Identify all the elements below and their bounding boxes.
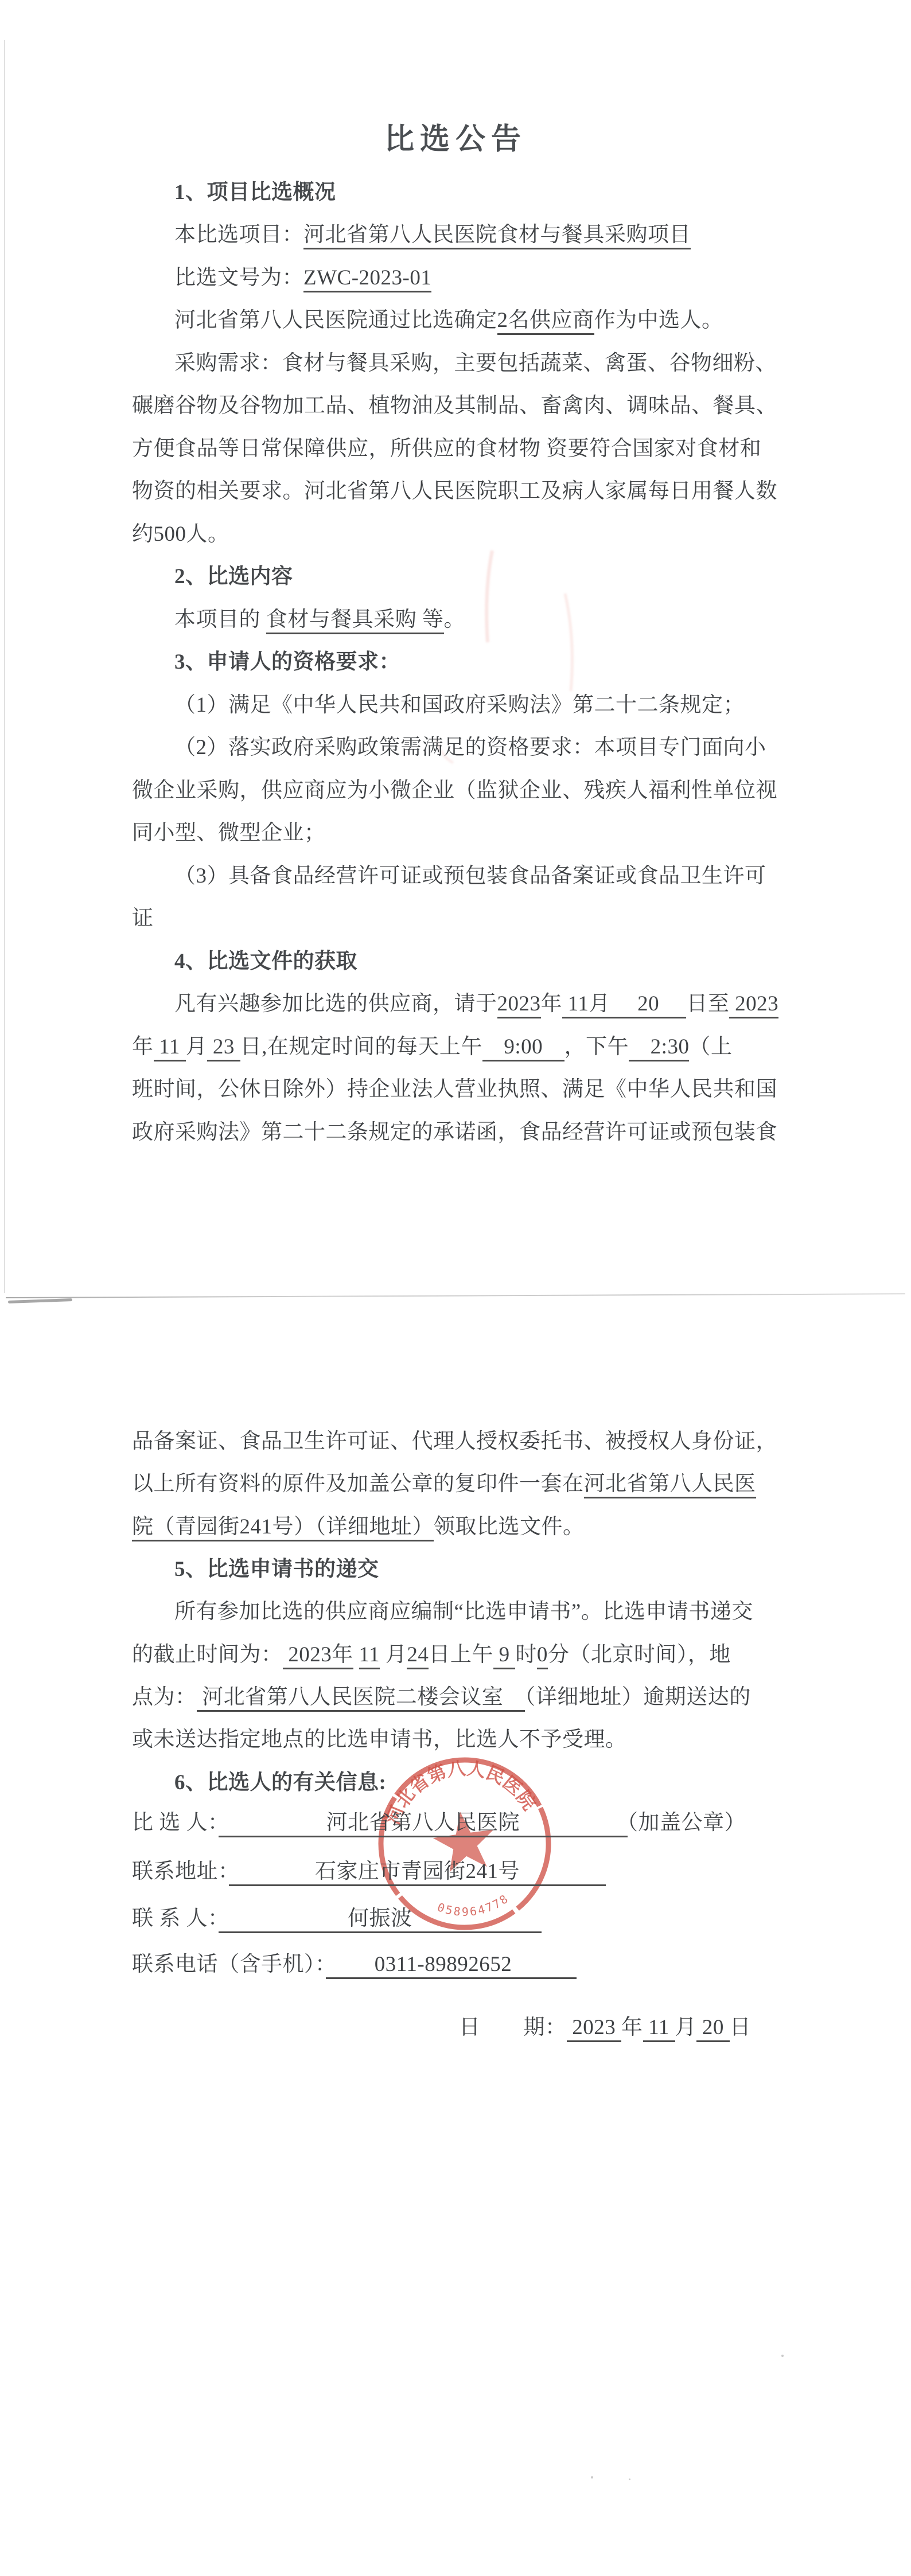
underlined-text: 11月 20 xyxy=(562,992,686,1018)
text-segment: 1、项目比选概况 xyxy=(174,181,336,204)
underlined-text: ZWC-2023-01 xyxy=(303,266,431,292)
section-heading: 3、申请人的资格要求： xyxy=(174,649,400,676)
text-segment: 4、比选文件的获取 xyxy=(174,950,357,973)
text-line: 碾磨谷物及谷物加工品、植物油及其制品、畜禽肉、调味品、餐具、 xyxy=(132,392,777,420)
text-line: 年 11 月 23 日,在规定时间的每天上午 9:00 ，下午 2:30（上 xyxy=(132,1033,732,1061)
text-segment: 联 系 人： xyxy=(132,1907,219,1930)
text-line: 班时间，公休日除外）持企业法人营业执照、满足《中华人民共和国 xyxy=(132,1076,777,1103)
text-line: 方便食品等日常保障供应，所供应的食材物 资要符合国家对食材和 xyxy=(132,435,761,463)
document-title: 比选公告 xyxy=(0,115,911,158)
field-bidder: 比 选 人： 河北省第八人民医院 （加盖公章） xyxy=(132,1809,746,1837)
text-segment: 采购需求：食材与餐具采购，主要包括蔬菜、禽蛋、谷物细粉、 xyxy=(174,352,777,375)
underlined-text: 2023 xyxy=(567,2016,622,2042)
text-line: 微企业采购，供应商应为小微企业（监狱企业、残疾人福利性单位视 xyxy=(132,777,777,805)
text-line: （3）具备食品经营许可证或预包装食品备案证或食品卫生许可 xyxy=(174,862,766,890)
text-line: 政府采购法》第二十二条规定的承诺函，食品经营许可证或预包装食 xyxy=(132,1119,777,1146)
text-line: 证 xyxy=(132,905,154,932)
text-segment: 日至 xyxy=(686,992,729,1016)
text-segment: 年 xyxy=(132,1035,154,1059)
text-segment: 月 xyxy=(186,1035,208,1059)
underlined-text: 20 xyxy=(696,2016,730,2042)
text-segment: （加盖公章） xyxy=(628,1811,746,1835)
text-segment: 政府采购法》第二十二条规定的承诺函，食品经营许可证或预包装食 xyxy=(132,1121,777,1144)
text-line: 本比选项目：河北省第八人民医院食材与餐具采购项目 xyxy=(174,221,691,249)
section-heading: 2、比选内容 xyxy=(174,563,293,591)
text-line: 以上所有资料的原件及加盖公章的复印件一套在河北省第八人民医 xyxy=(132,1470,756,1498)
scan-edge-line xyxy=(4,40,5,1293)
text-line: （2）落实政府采购政策需满足的资格要求：本项目专门面向小 xyxy=(174,734,766,762)
scan-speck xyxy=(781,2355,784,2357)
text-line: （1）满足《中华人民共和国政府采购法》第二十二条规定； xyxy=(174,692,745,719)
text-segment: 凡有兴趣参加比选的供应商，请于 xyxy=(174,992,497,1016)
text-segment: 物资的相关要求。河北省第八人民医院职工及病人家属每日用餐人数 xyxy=(132,479,777,503)
text-line: 比选文号为：ZWC-2023-01 xyxy=(174,264,431,292)
text-segment: 的截止时间为： xyxy=(132,1643,283,1666)
underlined-text: 食材与餐具采购 等 xyxy=(266,608,444,634)
underlined-text: 石家庄市青园街241号 xyxy=(229,1860,606,1886)
text-line: 采购需求：食材与餐具采购，主要包括蔬菜、禽蛋、谷物细粉、 xyxy=(174,350,777,377)
text-segment: 日,在规定时间的每天上午 xyxy=(240,1035,482,1059)
text-segment: 或未送达指定地点的比选申请书，比选人不予受理。 xyxy=(132,1728,627,1751)
text-segment: 领取比选文件。 xyxy=(434,1515,585,1539)
text-segment: 。 xyxy=(444,608,466,631)
text-segment: 2、比选内容 xyxy=(174,565,293,588)
underlined-text: 2:30 xyxy=(629,1035,689,1061)
text-segment: 联系地址： xyxy=(132,1860,229,1883)
text-segment: 本项目的 xyxy=(174,608,266,631)
underlined-text: 2023年 xyxy=(283,1643,353,1669)
scan-speck xyxy=(591,2476,593,2479)
underlined-text: 河北省第八人民医院二楼会议室 xyxy=(197,1685,525,1712)
text-segment: 所有参加比选的供应商应编制“比选申请书”。比选申请书递交 xyxy=(174,1600,753,1623)
text-line: 品备案证、食品卫生许可证、代理人授权委托书、被授权人身份证， xyxy=(132,1428,777,1455)
text-segment: 河北省第八人民医院通过比选确定 xyxy=(174,309,497,332)
scan-smudge xyxy=(8,1298,72,1303)
text-segment: 微企业采购，供应商应为小微企业（监狱企业、残疾人福利性单位视 xyxy=(132,779,777,802)
text-line: 河北省第八人民医院通过比选确定2名供应商作为中选人。 xyxy=(174,307,723,334)
underlined-text: 河北省第八人民医院 xyxy=(219,1811,628,1837)
text-segment: 以上所有资料的原件及加盖公章的复印件一套在 xyxy=(132,1472,584,1496)
underlined-text: 2023 xyxy=(729,992,778,1018)
text-segment: 方便食品等日常保障供应，所供应的食材物 资要符合国家对食材和 xyxy=(132,437,761,460)
underlined-text: 河北省第八人民医院食材与餐具采购项目 xyxy=(303,223,691,249)
text-segment: （上 xyxy=(689,1035,732,1059)
text-segment: 约500人。 xyxy=(132,522,229,546)
text-segment: 日 期： xyxy=(459,2016,567,2039)
text-line: 点为： 河北省第八人民医院二楼会议室 （详细地址）逾期送达的 xyxy=(132,1684,751,1711)
text-segment: 点为： xyxy=(132,1685,197,1709)
section-heading: 5、比选申请书的递交 xyxy=(174,1556,379,1583)
underlined-text: 河北省第八人民医 xyxy=(584,1472,756,1498)
section-heading: 1、项目比选概况 xyxy=(174,179,336,206)
text-segment: 比 选 人： xyxy=(132,1811,219,1835)
underlined-text: 9 xyxy=(493,1643,516,1669)
text-segment: （详细地址）逾期送达的 xyxy=(525,1685,751,1709)
underlined-text: 9:00 xyxy=(482,1035,564,1061)
underlined-text: 11 xyxy=(643,2016,675,2042)
scanned-document: 比选公告 河北省第八人民医院 058964778 1、项目比选概况本比选项目：河… xyxy=(0,0,911,2576)
underlined-text: 0311-89892652 xyxy=(326,1953,577,1979)
section-heading: 6、比选人的有关信息: xyxy=(174,1769,386,1797)
text-segment: 3、申请人的资格要求： xyxy=(174,650,400,674)
field-phone: 联系电话（含手机）： 0311-89892652 xyxy=(132,1951,577,1978)
text-segment: （3）具备食品经营许可证或预包装食品备案证或食品卫生许可 xyxy=(174,864,766,888)
underlined-text: 院（青园街241号）（详细地址） xyxy=(132,1515,434,1541)
scan-speck xyxy=(629,2479,630,2480)
text-segment: 同小型、微型企业； xyxy=(132,821,326,845)
underlined-text: 何振波 xyxy=(219,1907,542,1933)
field-date: 日 期： 2023 年 11 月 20 日 xyxy=(459,2014,751,2042)
text-line: 的截止时间为： 2023年 11 月24日上午 9 时0分（北京时间），地 xyxy=(132,1641,731,1669)
section-heading: 4、比选文件的获取 xyxy=(174,948,357,975)
text-segment: 证 xyxy=(132,907,154,930)
text-segment: 作为中选人。 xyxy=(594,309,723,332)
ink-bleed-marks xyxy=(0,0,911,2576)
page-separator-line xyxy=(6,1293,905,1298)
text-segment: 时 xyxy=(515,1643,537,1666)
underlined-text: 2023 xyxy=(497,992,541,1018)
text-segment: 5、比选申请书的递交 xyxy=(174,1558,379,1581)
text-segment: ，下午 xyxy=(564,1035,629,1059)
underlined-text: 0 xyxy=(537,1643,548,1669)
text-segment xyxy=(353,1643,359,1666)
text-line: 凡有兴趣参加比选的供应商，请于2023年 11月 20 日至 2023 xyxy=(174,990,778,1018)
text-line: 所有参加比选的供应商应编制“比选申请书”。比选申请书递交 xyxy=(174,1598,753,1626)
text-line: 院（青园街241号）（详细地址）领取比选文件。 xyxy=(132,1513,585,1541)
text-line: 本项目的 食材与餐具采购 等。 xyxy=(174,606,465,634)
underlined-text: 11 xyxy=(359,1643,380,1669)
field-contact-person: 联 系 人： 何振波 xyxy=(132,1905,542,1933)
text-segment: 班时间，公休日除外）持企业法人营业执照、满足《中华人民共和国 xyxy=(132,1078,777,1101)
text-segment: 日 xyxy=(730,2016,752,2039)
underlined-text: 11 xyxy=(154,1035,186,1061)
text-segment: 分（北京时间），地 xyxy=(548,1643,731,1666)
text-segment: （2）落实政府采购政策需满足的资格要求：本项目专门面向小 xyxy=(174,736,766,759)
text-segment: 年 xyxy=(541,992,563,1016)
underlined-text: 2名供应商 xyxy=(497,309,594,335)
field-address: 联系地址： 石家庄市青园街241号 xyxy=(132,1858,606,1886)
text-line: 约500人。 xyxy=(132,521,229,548)
text-segment: （1）满足《中华人民共和国政府采购法》第二十二条规定； xyxy=(174,693,745,717)
text-segment: 联系电话（含手机）： xyxy=(132,1953,326,1976)
underlined-text: 23 xyxy=(207,1035,240,1061)
text-segment: 比选文号为： xyxy=(174,266,303,290)
text-segment: 碾磨谷物及谷物加工品、植物油及其制品、畜禽肉、调味品、餐具、 xyxy=(132,394,777,417)
text-segment: 月 xyxy=(380,1643,407,1666)
text-segment: 品备案证、食品卫生许可证、代理人授权委托书、被授权人身份证， xyxy=(132,1430,777,1453)
text-line: 物资的相关要求。河北省第八人民医院职工及病人家属每日用餐人数 xyxy=(132,478,777,505)
text-line: 或未送达指定地点的比选申请书，比选人不予受理。 xyxy=(132,1726,627,1754)
text-line: 同小型、微型企业； xyxy=(132,819,326,847)
text-segment: 月 xyxy=(675,2016,697,2039)
text-segment: 年 xyxy=(621,2016,643,2039)
text-segment: 6、比选人的有关信息: xyxy=(174,1771,386,1794)
text-segment: 日上午 xyxy=(429,1643,493,1666)
text-segment: 本比选项目： xyxy=(174,223,303,247)
underlined-text: 24 xyxy=(407,1643,429,1669)
